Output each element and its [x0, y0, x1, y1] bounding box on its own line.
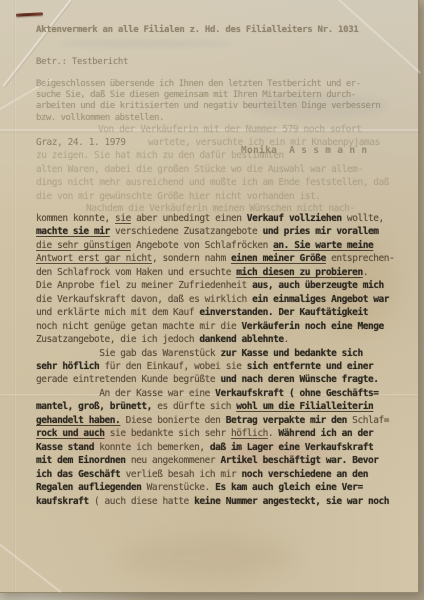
typed-segment: zur Kasse und bedankte sich [220, 348, 362, 359]
typed-line: An der Kasse war eine Verkaufskraft ( oh… [36, 387, 394, 400]
typed-segment: Warenstücke. [141, 482, 215, 493]
typed-segment: mit dem Einordnen [36, 455, 126, 466]
scanned-letter-background: { "document": { "header_line": "Aktenver… [0, 0, 424, 600]
ghost-text-line: alten Waren, dabei die großen Stücke wo … [36, 164, 363, 175]
staple-rust-mark-icon [16, 12, 43, 16]
typed-segment: Artikel beschäftigt war. Bevor [220, 455, 378, 466]
typed-segment: Schlaf= [347, 415, 389, 426]
typed-segment: und erklärte mich mit dem Kauf [36, 307, 199, 318]
typed-line: Sie gab das Warenstück zur Kasse und bed… [36, 347, 394, 360]
crease-bottom-left-diagonal [0, 533, 62, 593]
typed-line: Regalen aufliegenden Warenstücke. Es kam… [36, 481, 394, 494]
typed-segment: Regalen aufliegenden [36, 482, 141, 493]
typed-line: kommen konnte, sie aber unbedingt einen … [36, 212, 394, 225]
typed-segment: rock und auch [36, 428, 105, 439]
typed-segment: Verkäuferin noch eine Menge [242, 321, 384, 332]
typed-segment: aber unbedingt einen [131, 213, 247, 224]
typed-line: gerade eintretenden Kunde begrüßte und n… [36, 373, 394, 386]
typed-segment: kommen konnte, [36, 213, 115, 224]
header-distribution-line: Aktenvermerk an alle Filialen z. Hd. des… [36, 25, 358, 35]
faded-intro-line: bzw. vollkommen abstellen. [36, 113, 380, 124]
typed-segment: die Verkaufskraft davon, daß es wirklich [36, 294, 252, 305]
typed-segment: die sehr günstigen [36, 240, 131, 251]
typed-segment: , sondern nahm [152, 253, 231, 264]
typed-segment: Verkaufskraft ( ohne Geschäfts= [215, 388, 378, 399]
typed-segment: den Schlafrock vom Haken und ersuchte [36, 267, 236, 278]
typed-segment: verschiedene Zusatzangebote [110, 226, 263, 237]
typed-segment: einen meiner Größe [231, 253, 326, 264]
crease-top-right-diagonal [331, 0, 421, 73]
typed-segment: ein einmaliges Angebot war [252, 294, 389, 305]
faded-intro-line: suche Sie, daß Sie diesen gemeinsam mit … [36, 90, 380, 101]
typed-line: die sehr günstigen Angebote von Schlafrö… [36, 239, 394, 252]
typed-segment: An der Kasse war eine [36, 388, 215, 399]
typed-segment: . [363, 267, 368, 278]
typed-segment: Kasse stand [36, 442, 94, 453]
typed-segment: Angebote von Schlafröcken [131, 240, 273, 251]
typed-segment: wohl um die Filialleiterin [236, 401, 373, 412]
typed-line: Die Anprobe fiel zu meiner Zufriedenheit… [36, 279, 394, 292]
typed-segment: noch verschiedene an den [242, 469, 368, 480]
typed-line: kaufskraft ( auch diese hatte keine Numm… [36, 495, 394, 508]
typed-segment: neu angekommener [126, 455, 221, 466]
faded-intro-line: Beigeschlossen übersende ich Ihnen den l… [36, 79, 380, 90]
typed-segment: Die Anprobe fiel zu meiner Zufriedenheit [36, 280, 252, 291]
typed-line: sehr höflich für den Einkauf, wobei sie … [36, 360, 394, 373]
typed-segment: gehandelt haben. [36, 415, 120, 426]
typed-segment: höflich [231, 428, 268, 439]
typed-segment: Es kam auch gleich eine Ver= [215, 482, 363, 493]
typed-segment: konnte ich bemerken, [94, 442, 210, 453]
typed-line: die Verkaufskraft davon, daß es wirklich… [36, 293, 394, 306]
tan-stain-bottom [118, 538, 298, 578]
faded-intro-line: arbeiten und die kritisierten und negati… [36, 101, 380, 112]
typed-segment: aus, auch überzeugte mich [252, 280, 384, 291]
signature-name: Monika A s s m a n n [241, 145, 367, 156]
faded-intro-paragraph: Beigeschlossen übersende ich Ihnen den l… [36, 79, 380, 124]
ghost-text-line: Von der Verkäuferin mit der Nummer 579 n… [98, 124, 361, 135]
typed-line: Kasse stand konnte ich bemerken, daß im … [36, 441, 394, 454]
subject-line: Betr.: Testbericht [36, 57, 128, 67]
typed-segment: und pries mir vorallem [263, 226, 379, 237]
typed-line: ich das Geschäft verließ besah ich mir n… [36, 468, 394, 481]
paper-sheet: Aktenvermerk an alle Filialen z. Hd. des… [0, 0, 418, 592]
date-place-line: Graz, 24. 1. 1979 [36, 137, 126, 148]
typed-line: und erklärte mich mit dem Kauf einversta… [36, 306, 394, 319]
typed-segment: gerade eintretenden Kunde begrüßte [36, 374, 220, 385]
typed-line: mit dem Einordnen neu angekommener Artik… [36, 454, 394, 467]
typed-segment: Verkauf vollziehen [247, 213, 342, 224]
typed-segment: dankend ablehnte [199, 334, 283, 345]
typed-segment: mantel, groß, brünett, [36, 401, 152, 412]
typed-line: den Schlafrock vom Haken und ersuchte mi… [36, 266, 394, 279]
typed-segment: . [284, 334, 289, 345]
typed-segment: sich entfernte und einer [247, 361, 373, 372]
typed-segment: keine Nummer angesteckt, sie war noch [194, 496, 389, 507]
typed-segment: Während ich an der [278, 428, 373, 439]
ghost-text-line: dings nicht mehr ausreichend und mußte i… [36, 177, 389, 188]
typed-segment: einverstanden. Der Kauftätigkeit [199, 307, 368, 318]
typed-segment: sie bedankte sich sehr [105, 428, 231, 439]
ghost-text-line: die von mir gewünschte Größe hier nicht … [36, 191, 321, 202]
crease-left-vertical [14, 0, 16, 592]
typed-segment: ( auch diese hatte [89, 496, 194, 507]
typed-segment: sehr höflich [36, 361, 99, 372]
typed-segment: entsprechen- [326, 253, 395, 264]
typed-segment: mich diesen zu probieren [236, 267, 362, 278]
typed-segment: . [268, 428, 279, 439]
typed-segment: Sie gab das Warenstück [36, 348, 220, 359]
main-typed-text: kommen konnte, sie aber unbedingt einen … [36, 212, 394, 508]
typed-segment: ich das Geschäft [36, 469, 120, 480]
typed-segment: an. Sie warte meine [273, 240, 373, 251]
typed-segment: Antwort erst gar nicht [36, 253, 152, 264]
typed-segment: für den Einkauf, wobei sie [99, 361, 247, 372]
ink-smudge-under-header [60, 40, 232, 47]
typed-segment: noch nicht genüge getan machte mir die [36, 321, 242, 332]
typed-line: Antwort erst gar nicht, sondern nahm ein… [36, 252, 394, 265]
typed-segment: machte sie mir [36, 226, 110, 237]
typed-segment: Zusatzangebote, die ich jedoch [36, 334, 199, 345]
typed-segment: Betrag verpakte mir den [226, 415, 347, 426]
typed-line: noch nicht genüge getan machte mir die V… [36, 320, 394, 333]
typed-segment: und nach deren Wünsche fragte. [220, 374, 378, 385]
typed-segment: sie [115, 213, 131, 224]
typed-line: mantel, groß, brünett, es dürfte sich wo… [36, 400, 394, 413]
typed-segment: verließ besah ich mir [120, 469, 241, 480]
typed-segment: es dürfte sich [152, 401, 236, 412]
typed-segment: daß im Lager eine Verkaufskraft [210, 442, 373, 453]
typed-segment: wollte, [342, 213, 384, 224]
typed-segment: Diese bonierte den [120, 415, 225, 426]
typed-line: Zusatzangebote, die ich jedoch dankend a… [36, 333, 394, 346]
typed-segment: kaufskraft [36, 496, 89, 507]
typed-line: gehandelt haben. Diese bonierte den Betr… [36, 414, 394, 427]
typed-line: rock und auch sie bedankte sich sehr höf… [36, 427, 394, 440]
typed-line: machte sie mir verschiedene Zusatzangebo… [36, 225, 394, 238]
